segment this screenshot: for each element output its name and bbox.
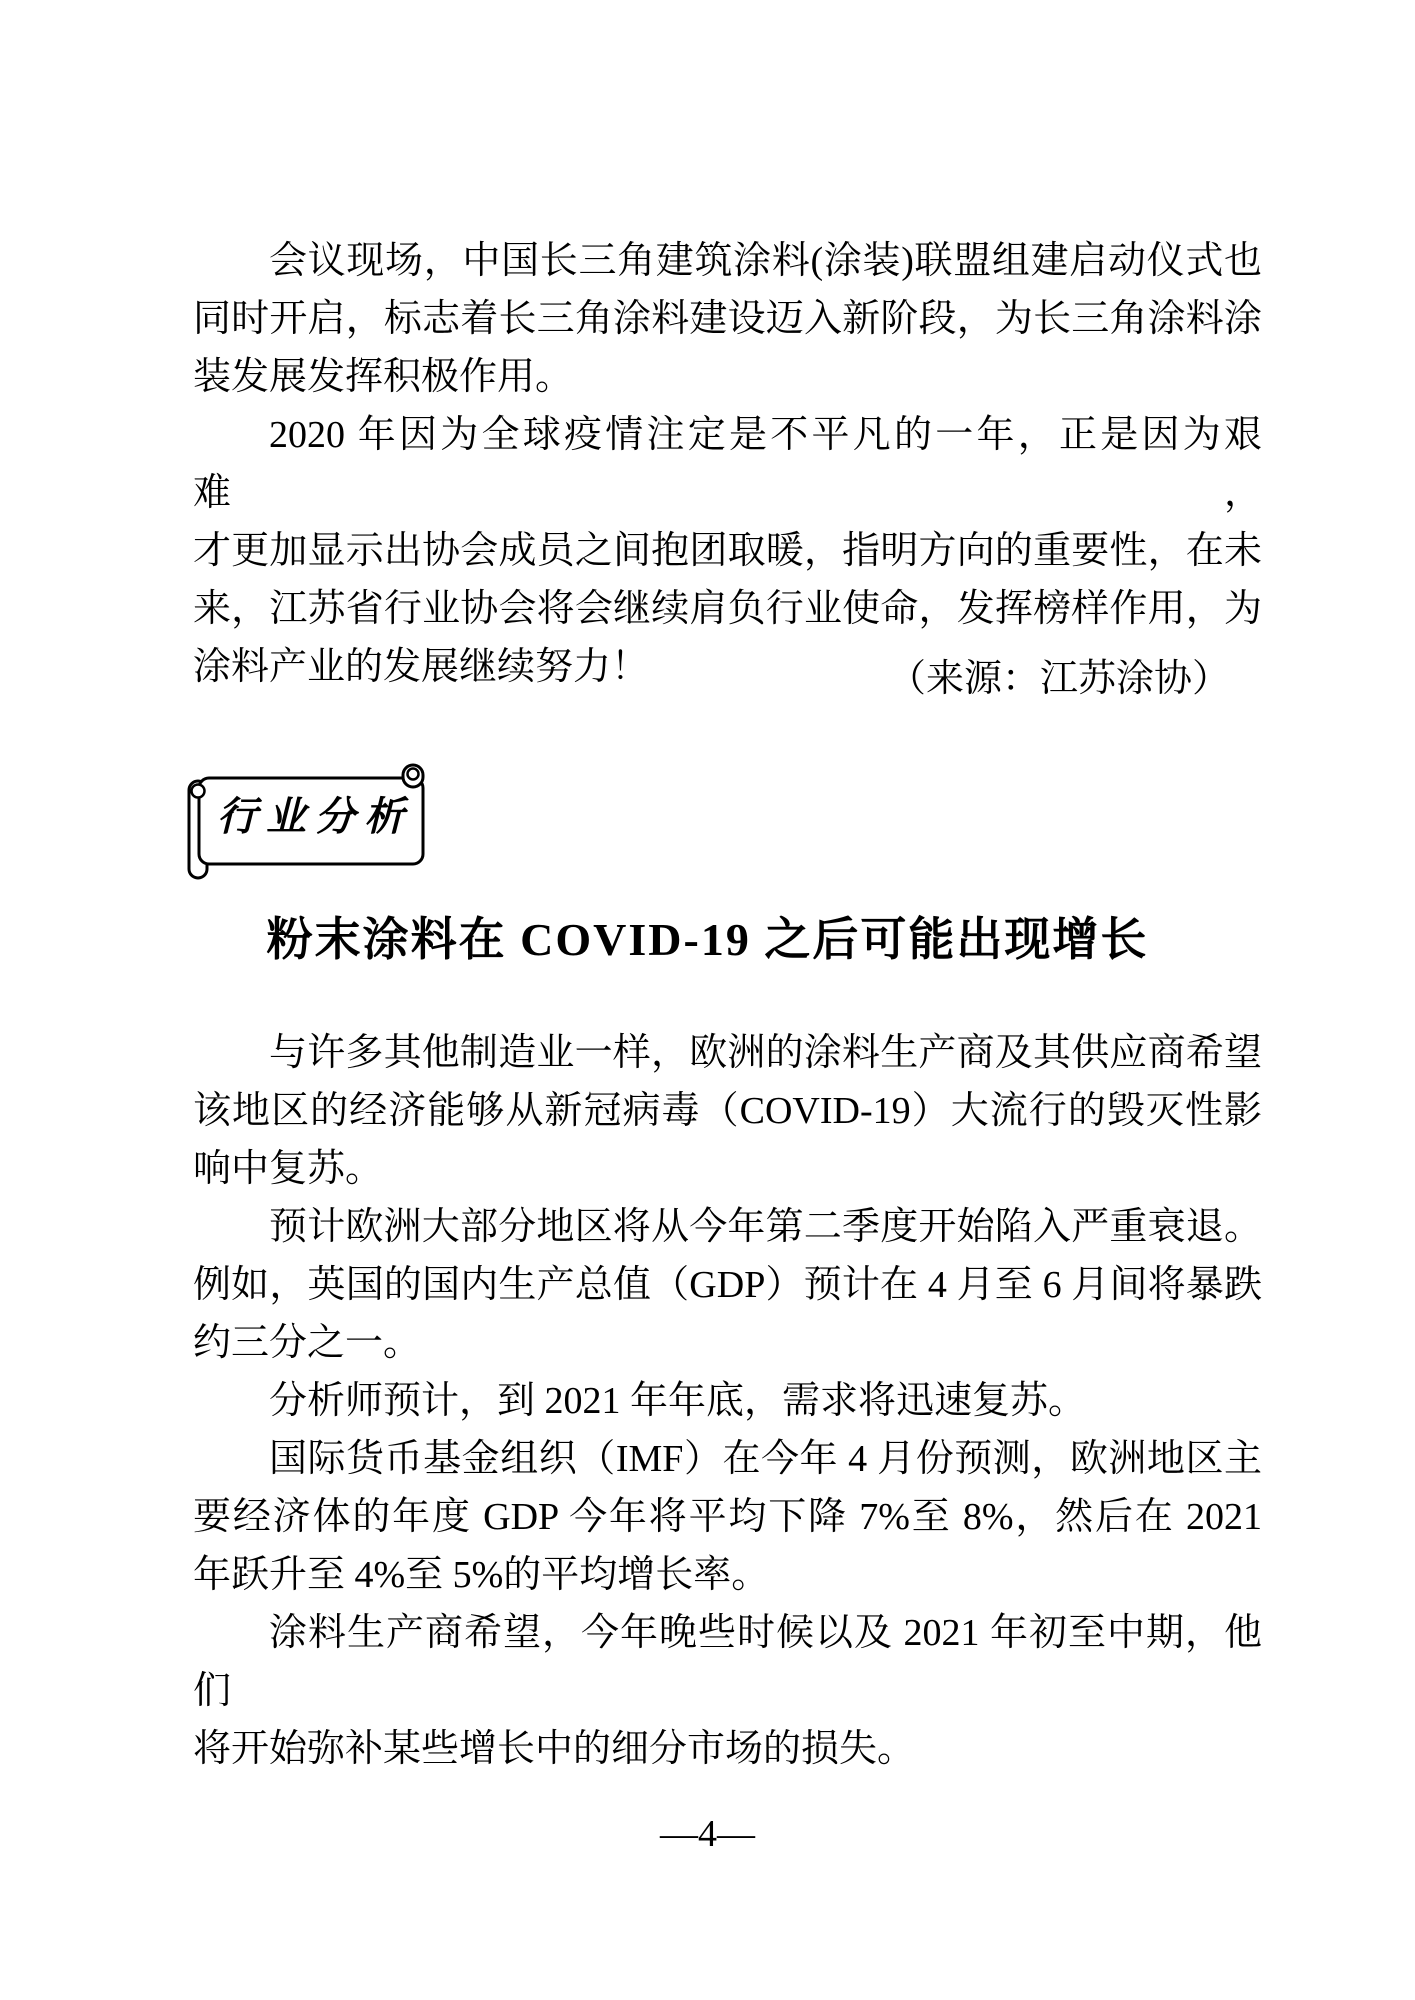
scroll-banner: 行业分析: [186, 762, 426, 882]
paragraph-line: 分析师预计，到 2021 年年底，需求将迅速复苏。: [193, 1372, 1262, 1430]
paragraph-line: 预计欧洲大部分地区将从今年第二季度开始陷入严重衰退。: [193, 1198, 1262, 1256]
paragraph-line: 同时开启，标志着长三角涂料建设迈入新阶段，为长三角涂料涂: [193, 290, 1262, 348]
section-association-news: 会议现场，中国长三角建筑涂料(涂装)联盟组建启动仪式也同时开启，标志着长三角涂料…: [193, 232, 1262, 696]
paragraph-line: 装发展发挥积极作用。: [193, 348, 1262, 406]
paragraph-line: 来，江苏省行业协会将会继续肩负行业使命，发挥榜样作用，为: [193, 580, 1262, 638]
paragraph-line: 与许多其他制造业一样，欧洲的涂料生产商及其供应商希望: [193, 1024, 1262, 1082]
paragraph-line: 例如，英国的国内生产总值（GDP）预计在 4 月至 6 月间将暴跌: [193, 1256, 1262, 1314]
page-number: —4—: [0, 1812, 1415, 1856]
paragraph-line: 才更加显示出协会成员之间抱团取暖，指明方向的重要性，在未: [193, 522, 1262, 580]
paragraph-line: 国际货币基金组织（IMF）在今年 4 月份预测，欧洲地区主: [193, 1430, 1262, 1488]
paragraph-line: 该地区的经济能够从新冠病毒（COVID-19）大流行的毁灭性影: [193, 1082, 1262, 1140]
paragraph-line: 会议现场，中国长三角建筑涂料(涂装)联盟组建启动仪式也: [193, 232, 1262, 290]
banner-label: 行业分析: [198, 795, 423, 839]
document-page: 会议现场，中国长三角建筑涂料(涂装)联盟组建启动仪式也同时开启，标志着长三角涂料…: [0, 0, 1415, 2000]
paragraph-line: 年跃升至 4%至 5%的平均增长率。: [193, 1546, 1262, 1604]
source-credit: （来源：江苏涂协）: [193, 650, 1262, 708]
paragraph-line: 2020 年因为全球疫情注定是不平凡的一年，正是因为艰难，: [193, 406, 1262, 522]
paragraph-line: 要经济体的年度 GDP 今年将平均下降 7%至 8%，然后在 2021: [193, 1488, 1262, 1546]
section-industry-analysis: 与许多其他制造业一样，欧洲的涂料生产商及其供应商希望该地区的经济能够从新冠病毒（…: [193, 1024, 1262, 1778]
paragraph-line: 响中复苏。: [193, 1140, 1262, 1198]
article-title: 粉末涂料在 COVID-19 之后可能出现增长: [0, 908, 1415, 972]
paragraph-line: 约三分之一。: [193, 1314, 1262, 1372]
paragraph-line: 将开始弥补某些增长中的细分市场的损失。: [193, 1720, 1262, 1778]
paragraph-line: 涂料生产商希望，今年晚些时候以及 2021 年初至中期，他们: [193, 1604, 1262, 1720]
